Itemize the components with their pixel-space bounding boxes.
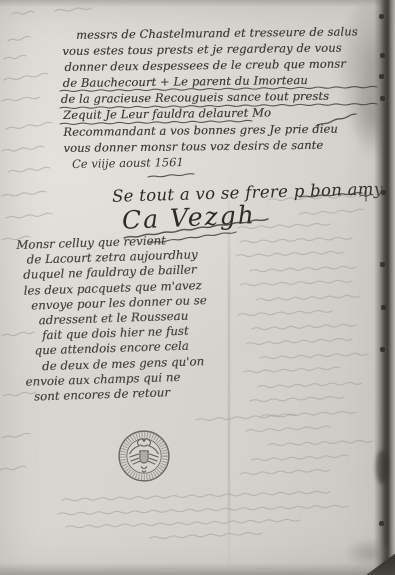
- letter-line: vous donner monsr tous voz desirs de san…: [63, 136, 359, 156]
- page-bottom-shadow: [0, 563, 395, 575]
- binding-speck: [380, 262, 385, 267]
- binding-speck: [381, 305, 386, 310]
- date-line: Ce viije aoust 1561: [72, 155, 184, 171]
- binding-speck: [379, 521, 384, 526]
- manuscript-page: messrs de Chastelmurand et tresseure de …: [0, 0, 395, 575]
- letter-body: messrs de Chastelmurand et tresseure de …: [62, 23, 359, 155]
- postscript-block: Monsr celluy que revientde Lacourt zetra…: [16, 232, 210, 405]
- binding-speck: [380, 96, 385, 101]
- double-headed-eagle-icon: [130, 438, 159, 472]
- binding-speck: [380, 347, 385, 352]
- binding-edge: [374, 0, 395, 575]
- signature: Ca Vezgh: [121, 200, 256, 235]
- binding-dark-spot: [376, 450, 388, 484]
- library-stamp-icon: [116, 427, 172, 485]
- binding-speck: [379, 14, 384, 19]
- page-top-shadow: [0, 0, 395, 7]
- binding-speck: [380, 53, 385, 58]
- binding-speck: [379, 74, 384, 79]
- fold-crease: [228, 175, 230, 570]
- binding-speck: [381, 190, 386, 195]
